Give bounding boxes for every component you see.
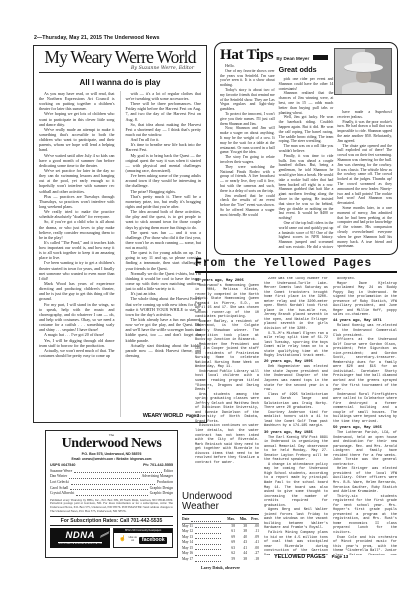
article-paragraph: A magic hat . . . I've got 20 of those! — [39, 332, 115, 337]
weather-col-date: Date — [182, 517, 189, 523]
article-paragraph: We've set practice for later in the day … — [39, 168, 115, 194]
yellowed-column-2: 2200 was the lucky number for the Underw… — [264, 277, 328, 555]
dotted-leader — [195, 533, 221, 534]
article-paragraph: Mark Wood has years of experience direct… — [39, 281, 115, 302]
article-paragraph: So, if you've got a child who is all abo… — [39, 219, 115, 240]
hat-tips-masthead: Hat Tips By Dean Meyer — [220, 47, 330, 62]
weary-columns: As you may have read, or will read, that… — [39, 91, 201, 417]
portrait-shirt-shape — [342, 82, 385, 94]
dotted-leader — [195, 544, 221, 545]
yellowed-paragraph: Deb Hagemeister was elected the state Ja… — [264, 365, 328, 392]
article-paragraph: The chute gate opened and the bull explo… — [337, 144, 392, 206]
weather-box: Underwood Weather Date Max. Min. Prec. M… — [182, 492, 259, 570]
cowboy-hat-brim-shape — [344, 63, 383, 72]
article-paragraph: The quest is for young adults on up. I'm… — [126, 250, 202, 271]
ndna-logo: NDNA NORTH DAKOTA NEWSPAPER ASSOCIATION — [50, 528, 110, 548]
article-paragraph: Actually, we won't need much of that. Th… — [39, 348, 115, 358]
years-ago-subhead: 20 years ago, May 1995 — [264, 360, 328, 364]
article-paragraph: One of the top bull riders in the world … — [279, 221, 334, 248]
facebook-promo-box: BHG's ND Community Newspapers ☝ Like uso… — [113, 528, 173, 548]
yellowed-paragraph: Evan Cole and his orchestra of Minot pro… — [333, 536, 397, 555]
dotted-leader — [195, 549, 221, 550]
article-paragraph: My goal is to bring back the Quest — the… — [126, 153, 202, 174]
article-paragraph: For my part, I will stand in the wings, … — [39, 302, 115, 333]
hat-tips-divider-bar — [313, 55, 328, 60]
yellowed-paragraph: Area students among the spring graduatin… — [195, 393, 259, 425]
yellowed-paragraph: Medcenter One President and CEO Jim Coop… — [195, 343, 259, 370]
yellowed-pages-masthead: From the Yellowed Pages — [195, 257, 397, 273]
weather-date: May 17 — [182, 557, 193, 563]
staff-row: Crystal AlbrechtGraphic Design — [50, 491, 173, 497]
yellowed-paragraph: Underwood's Homecoming Queen in 2004, Me… — [195, 284, 259, 320]
hat-tips-column-2: Great odds pick one rider per event and … — [279, 64, 334, 248]
article-paragraph: The idea around both of these activities… — [126, 209, 202, 230]
article-paragraph: Jim realized that he could check the res… — [220, 194, 275, 218]
weather-col-prec: Prec. — [247, 517, 259, 523]
publication-fine-print: Published every Thursday by BHG, Inc., P… — [50, 499, 173, 514]
hat-tips-byline: By Dean Meyer — [276, 56, 309, 61]
article-paragraph: Normally we do the Quest t-shirts, but I… — [126, 271, 202, 292]
weary-continuation-tag: WEARY WORLD — [143, 413, 183, 419]
article-paragraph: We really tried to make the practice sch… — [39, 209, 115, 219]
weary-column-2: with — it's a lot of regular clothes tha… — [120, 91, 202, 417]
hat-tips-article-box: Hat Tips By Dean Meyer Hello.One of my f… — [214, 42, 398, 255]
newspaper-title: Underwood News — [50, 437, 173, 451]
weary-continuation-notice: WEARY WORLDPage 3 — [143, 413, 199, 419]
newspaper-contact-line: Email: unews@westriv.com • Website: bhgn… — [50, 457, 173, 461]
staff-list: Suzanne WerreEditor Dan WinterAdvertisin… — [50, 469, 173, 497]
article-paragraph: The story I'm going to relate involves t… — [220, 155, 275, 165]
yellowed-paragraph: Discussion continues on water line detai… — [195, 424, 259, 465]
thumbs-up-icon: ☝ — [119, 537, 126, 543]
article-paragraph: have made a Superbowl receiver jealous. — [337, 110, 392, 120]
weather-prec: .18 — [247, 557, 259, 563]
yellowed-paragraph: Officers at the Underwood Golf Course we… — [333, 338, 397, 393]
hat-tips-headline: Great odds — [279, 65, 334, 74]
weather-rows: May 115838.00 May 126138.11 May 136940.0… — [182, 524, 259, 563]
yellowed-column-3: accepted.Mayor Dave Kjelstrup proclaimed… — [333, 277, 397, 555]
masthead-logos-row: NDNA NORTH DAKOTA NEWSPAPER ASSOCIATION … — [50, 528, 173, 548]
staff-name: Crystal Albrecht — [50, 491, 74, 497]
weather-max: 59 — [223, 557, 235, 563]
article-paragraph: To protect the innocent, I won't give yo… — [220, 112, 275, 126]
ndna-acronym: NDNA — [65, 531, 94, 541]
dotted-leader — [195, 538, 221, 539]
subscription-rates-line: For Subscription Rates: Call 701-442-553… — [50, 516, 173, 526]
newspaper-masthead-box: The Underwood News P.O. Box 575, Underwo… — [45, 430, 178, 558]
weary-headline: All I wanna do is play — [39, 78, 201, 87]
dotted-leader — [70, 489, 147, 490]
yellowed-continuation-tag: YELLOWED PAGES — [274, 554, 326, 560]
weather-col-max: Max. — [223, 517, 235, 523]
article-paragraph: pick one rider per event and Shannon cou… — [279, 77, 334, 91]
article-paragraph: I've been asking some of the young adult… — [126, 173, 202, 188]
yellowed-continuation-page: Page 13 — [332, 554, 349, 559]
article-paragraph: So, that idea about making the Harvest F… — [126, 122, 202, 137]
article-paragraph: It's called "The Pond," and it teaches k… — [39, 240, 115, 261]
article-paragraph: The man was on a roll like you wouldn't … — [279, 144, 334, 154]
like-us-on-label: Like uson — [129, 537, 137, 542]
dotted-leader — [74, 472, 162, 473]
years-ago-subhead: 50 years ago, May 1965 — [333, 426, 397, 430]
article-paragraph: The kids already have a fun run planned,… — [126, 317, 202, 343]
article-paragraph: Finally, it was the poor rookie's turn. … — [337, 120, 392, 144]
wheat-stalk-icon — [100, 529, 110, 543]
yellowed-paragraph: Underwood Public Library will host local… — [195, 370, 259, 393]
usps-number: USPS #647540 — [50, 463, 75, 467]
article-paragraph: Finally, it was time to ride bulls. Jim … — [279, 154, 334, 221]
yellowed-column-1: 10 years ago, May 2005Underwood's Homeco… — [195, 277, 259, 488]
weather-observer-credit: Larry Dziuk, observer — [182, 565, 259, 570]
weather-row: May 175938.18 — [182, 557, 259, 563]
years-ago-subhead: 44 years ago, May 1971 — [333, 319, 397, 323]
dotted-leader — [76, 495, 147, 496]
facebook-logo: facebook — [139, 537, 167, 544]
yellowed-paragraph: Helen Stringer was elected president of … — [333, 467, 397, 494]
weary-masthead-title: My Weary Werre World — [39, 49, 201, 67]
article-paragraph: Shannon realized that the chances of Jim… — [279, 91, 334, 115]
article-paragraph: One of my favorite shows over the years … — [220, 69, 275, 88]
article-paragraph: Today's story is about two of my favorit… — [220, 88, 275, 112]
article-paragraph: We're hoping we get lots of children who… — [39, 111, 115, 126]
article-paragraph: Yes, I will be digging through old dance… — [39, 338, 115, 348]
facebook-like-row: ☝ Like uson facebook — [114, 533, 172, 547]
years-ago-subhead: 10 years ago, May 2005 — [195, 279, 259, 283]
article-paragraph: I've been wanting to try to get a childr… — [39, 260, 115, 281]
page-folio-line: 2—Thursday, May 21, 2015 The Underwood N… — [34, 35, 160, 41]
yellowed-paragraph: Thirty-six students registered for the f… — [333, 495, 397, 536]
hat-tips-column-2-text: pick one rider per event and Shannon cou… — [279, 77, 334, 248]
article-paragraph: Some months later, in a rare moment of m… — [337, 206, 392, 248]
yellowed-continuation-notice: YELLOWED PAGES Page 13 — [274, 554, 348, 560]
yellowed-paragraph: Underwood Rural Firefighters were called… — [333, 393, 397, 425]
article-paragraph: It's time to breathe new life back into … — [126, 142, 202, 152]
article-paragraph: The whole thing about the Harvest Fest i… — [126, 296, 202, 317]
article-paragraph: Well, Jim got lucky. He won the bareback… — [279, 115, 334, 144]
article-paragraph: That's pretty much it. There will be a m… — [126, 194, 202, 209]
yellowed-paragraph: Courtney Anderson tied for medalist hono… — [264, 411, 328, 429]
yellowed-paragraph: A change in attendance policy may be com… — [264, 463, 328, 508]
yellowed-paragraph: Roland Koenig was re-elected as the Unde… — [333, 324, 397, 338]
yellowed-paragraph: 2200 was the lucky number for the Underw… — [264, 277, 328, 332]
dotted-leader — [195, 527, 221, 528]
article-paragraph: The quest was fun — and it was a challen… — [126, 230, 202, 251]
article-paragraph: There will be three performances. One Fr… — [126, 101, 202, 122]
article-paragraph: Plus — practices are Tuesdays through Th… — [39, 194, 115, 209]
years-ago-subhead: 30 years ago, May 1985 — [264, 431, 328, 435]
weary-werre-world-article-box: My Weary Werre World By Suzanne Werre, E… — [33, 45, 207, 423]
on-text: on — [131, 539, 134, 542]
article-paragraph: Now, Shannon and Jim will make a wager o… — [220, 126, 275, 155]
dotted-leader — [71, 484, 155, 485]
weather-table: Date Max. Min. Prec. May 115838.00 May 1… — [182, 517, 259, 563]
dotted-leader — [195, 561, 221, 562]
yellowed-paragraph: The Lutheran Parish, LCA, of Underwood, … — [333, 431, 397, 467]
columnist-portrait-photo — [334, 48, 392, 95]
article-paragraph: Actually start thinking about the kiddie… — [126, 343, 202, 358]
yellowed-paragraph: Class of 1995 Valedictorian was Sarah Ta… — [264, 393, 328, 411]
article-paragraph: As you may have read, or will read, that… — [39, 91, 115, 112]
article-paragraph: We've waited until after July 4 so kids … — [39, 153, 115, 168]
hat-tips-masthead-title: Hat Tips — [220, 48, 273, 62]
yellowed-paragraph: Falkirk Mining Company plans to bid on t… — [264, 531, 328, 555]
ndna-full-name: NORTH DAKOTA NEWSPAPER ASSOCIATION — [58, 542, 102, 546]
yellowed-paragraph: The Earl Koenig VFW Post 8891 in Underwo… — [264, 436, 328, 463]
usps-phone-row: USPS #647540 Ph: 701-442-5555 — [50, 463, 173, 467]
hat-tips-column-1: Hello.One of my favorite shows over the … — [220, 64, 275, 248]
yellowed-paragraph: Mayor Dave Kjelstrup proclaimed May 24 a… — [333, 282, 397, 318]
newspaper-address: P.O. Box 575, Underwood, ND 58576 — [50, 452, 173, 456]
weather-min: 38 — [235, 557, 247, 563]
article-paragraph: They were watching the National Finals R… — [220, 165, 275, 194]
dotted-leader — [69, 478, 139, 479]
phone-number: Ph: 701-442-5555 — [143, 463, 173, 467]
article-paragraph: with — it's a lot of regular clothes tha… — [126, 91, 202, 101]
hat-tips-column-3-text: have made a Superbowl receiver jealous.F… — [337, 110, 392, 248]
staff-role: Graphic Design — [150, 491, 173, 497]
yellowed-paragraph: Agnes Berg and Neil Walker joined forces… — [264, 508, 328, 531]
weather-title: Underwood Weather — [182, 492, 259, 515]
dotted-leader — [191, 521, 221, 522]
weather-col-min: Min. — [235, 517, 247, 523]
yellowed-paragraph: U-TL-M's Michael Elgren ran a mile relay… — [264, 332, 328, 359]
weather-title-line2: Weather — [182, 502, 259, 512]
dotted-leader — [195, 555, 221, 556]
weary-column-1: As you may have read, or will read, that… — [39, 91, 115, 417]
article-paragraph: We've really made an attempt to make it … — [39, 127, 115, 153]
yellowed-paragraph: Sommer Radley, a resident of Underwood, … — [195, 320, 259, 343]
weary-masthead: My Weary Werre World By Suzanne Werre, E… — [39, 49, 201, 73]
